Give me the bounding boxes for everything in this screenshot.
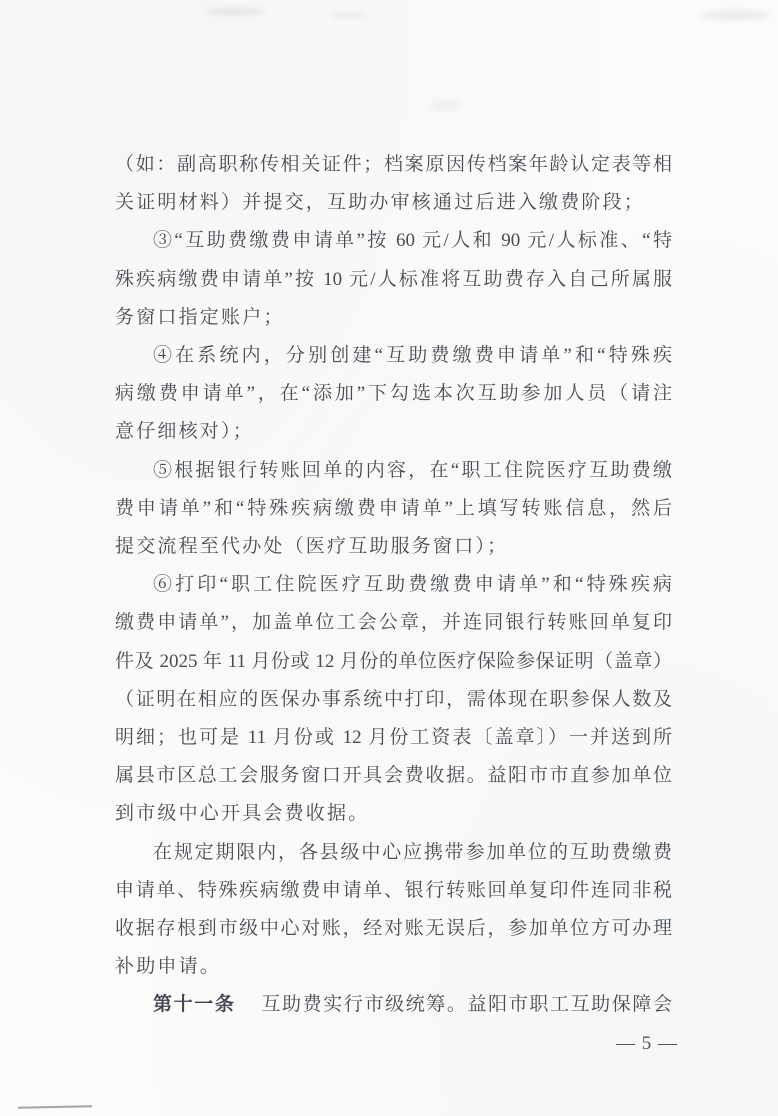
article-text: 互助费实行市级统筹。益阳市职工互助保障会 [261, 994, 672, 1015]
text-line: ④在系统内，分别创建“互助费缴费申请单”和“特殊疾 [115, 337, 672, 375]
text-line: 到市级中心开具会费收据。 [115, 795, 672, 833]
text-line: 收据存根到市级中心对账，经对账无误后，参加单位方可办理 [115, 910, 672, 948]
scan-smudge [205, 8, 265, 15]
text-line: 缴费申请单”，加盖单位工会公章，并连同银行转账回单复印 [115, 604, 672, 642]
text-line: 病缴费申请单”，在“添加”下勾选本次互助参加人员（请注 [115, 375, 672, 413]
text-line: 件及 2025 年 11 月份或 12 月份的单位医疗保险参保证明（盖章） [115, 643, 672, 681]
text-line: （证明在相应的医保办事系统中打印，需体现在职参保人数及 [115, 681, 672, 719]
text-line: 在规定期限内，各县级中心应携带参加单位的互助费缴费 [115, 834, 672, 872]
scan-smudge [700, 10, 770, 20]
text-line: 殊疾病缴费申请单”按 10 元/人标准将互助费存入自己所属服 [115, 261, 672, 299]
scan-edge-line [18, 1105, 92, 1109]
document-text-block: （如：副高职称传相关证件；档案原因传档案年龄认定表等相 关证明材料）并提交，互助… [115, 146, 672, 1025]
text-line: 提交流程至代办处（医疗互助服务窗口）； [115, 528, 672, 566]
scan-smudge [330, 12, 370, 18]
text-line: ⑥打印“职工住院医疗互助费缴费申请单”和“特殊疾病 [115, 566, 672, 604]
article-number-label: 第十一条 [153, 994, 235, 1015]
text-line: 补助申请。 [115, 948, 672, 986]
document-page: （如：副高职称传相关证件；档案原因传档案年龄认定表等相 关证明材料）并提交，互助… [0, 0, 778, 1116]
article-heading-line: 第十一条互助费实行市级统筹。益阳市职工互助保障会 [115, 986, 672, 1024]
text-line: 关证明材料）并提交，互助办审核通过后进入缴费阶段； [115, 184, 672, 222]
text-line: ③“互助费缴费申请单”按 60 元/人和 90 元/人标准、“特 [115, 222, 672, 260]
text-line: 意仔细核对）； [115, 413, 672, 451]
text-line: 明细；也可是 11 月份或 12 月份工资表〔盖章〕）一并送到所 [115, 719, 672, 757]
scan-smudge [430, 100, 460, 110]
text-line: （如：副高职称传相关证件；档案原因传档案年龄认定表等相 [115, 146, 672, 184]
text-line: 属县市区总工会服务窗口开具会费收据。益阳市市直参加单位 [115, 757, 672, 795]
text-line: 费申请单”和“特殊疾病缴费申请单”上填写转账信息，然后 [115, 490, 672, 528]
text-line: ⑤根据银行转账回单的内容，在“职工住院医疗互助费缴 [115, 452, 672, 490]
text-line: 务窗口指定账户； [115, 299, 672, 337]
text-line: 申请单、特殊疾病缴费申请单、银行转账回单复印件连同非税 [115, 872, 672, 910]
page-number: — 5 — [612, 1033, 682, 1055]
